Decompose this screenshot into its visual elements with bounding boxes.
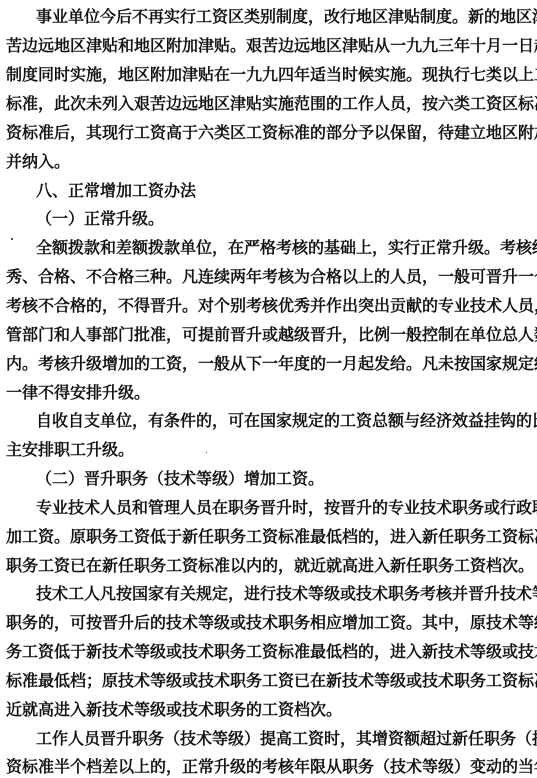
text-line: 管部门和人事部门批准，可提前晋升或越级晋升，比例一般控制在单位总人数的 3%以 [6, 323, 531, 347]
text-line: 制度同时实施，地区附加津贴在一九九四年适当时候实施。现执行七类以上工资区工资 [6, 63, 531, 87]
scan-speck [206, 452, 207, 453]
text-line: 标准最低档；原技术等级或技术职务工资已在新技术等级或技术职务工资标准以内的，就 [6, 669, 531, 693]
text-line: 务工资低于新技术等级或技术职务工资标准最低档的，进入新技术等级或技术职务工资 [6, 640, 531, 664]
text-line: 苦边远地区津贴和地区附加津贴。艰苦边远地区津贴从一九九三年十月一日起与新工资 [6, 34, 531, 58]
section-heading: 八、正常增加工资办法 [36, 179, 531, 203]
text-line: 技术工人凡按国家有关规定，进行技术等级或技术职务考核并晋升技术等级或技术 [36, 582, 531, 606]
text-line: 考核不合格的，不得晋升。对个别考核优秀并作出突出贡献的专业技术人员，经上级主 [6, 294, 531, 318]
text-line: 专业技术人员和管理人员在职务晋升时，按晋升的专业技术职务或行政职务相应增 [36, 496, 531, 520]
text-line: 事业单位今后不再实行工资区类别制度，改行地区津贴制度。新的地区津贴分为艰 [36, 5, 531, 29]
text-line: 资标准半个档差以上的，正常升级的考核年限从职务（技术等级）变动的当年起重新计 [6, 755, 531, 778]
text-line: 一律不得安排升级。 [6, 381, 531, 405]
text-line: 加工资。原职务工资低于新任职务工资标准最低档的，进入新任职务工资标准最低档；原 [6, 525, 531, 549]
text-line: 全额拨款和差额拨款单位，在严格考核的基础上，实行正常升级。考核结果分为优 [36, 236, 531, 260]
text-line: 近就高进入新技术等级或技术职务的工资档次。 [6, 698, 531, 722]
text-line: 标准，此次未列入艰苦边远地区津贴实施范围的工作人员，按六类工资区标准套入新工 [6, 92, 531, 116]
subsection-heading: （一）正常升级。 [36, 207, 531, 231]
scan-speck [11, 238, 13, 240]
text-line: 资标准后，其现行工资高于六类区工资标准的部分予以保留，待建立地区附加津贴时一 [6, 121, 531, 145]
text-line: 内。考核升级增加的工资，一般从下一年度的一月起发给。凡未按国家规定组织考核的， [6, 352, 531, 376]
text-line: 并纳入。 [6, 150, 531, 174]
text-line: 秀、合格、不合格三种。凡连续两年考核为合格以上的人员，一般可晋升一个工资档次。 [6, 265, 531, 289]
subsection-heading: （二）晋升职务（技术等级）增加工资。 [36, 467, 531, 491]
scanned-document-page: 事业单位今后不再实行工资区类别制度，改行地区津贴制度。新的地区津贴分为艰 苦边远… [0, 0, 537, 778]
text-line: 职务的，可按晋升后的技术等级或技术职务相应增加工资。其中，原技术等级或技术职 [6, 611, 531, 635]
text-line: 职务工资已在新任职务工资标准以内的，就近就高进入新任职务工资档次。 [6, 554, 531, 578]
text-line: 工作人员晋升职务（技术等级）提高工资时，其增资额超过新任职务（技术等级）工 [36, 727, 531, 751]
scan-speck [101, 533, 102, 534]
text-line: 主安排职工升级。 [6, 438, 531, 462]
text-line: 自收自支单位，有条件的，可在国家规定的工资总额与经济效益挂钩的比例内，自 [36, 409, 531, 433]
